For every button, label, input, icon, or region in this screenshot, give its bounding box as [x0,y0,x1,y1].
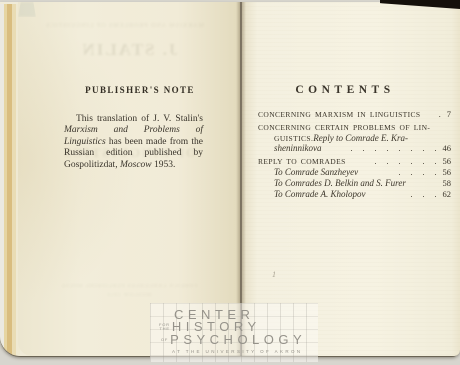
watermark-for-the: FORTHE [159,323,170,331]
toc-leader-dots: . . . . . . [372,157,441,167]
signature-mark: 1 [272,270,276,279]
toc-leader-dots: . [436,110,445,120]
toc-line: sheninnikova . . . . . . . . 46 [258,143,451,153]
book-photo: MARXISM AND PROBLEMS OF LINGUISTICS J. S… [0,0,460,365]
toc-line: To Comrade Sanzheyev . . . . 56 [258,167,451,177]
toc-page-number: 56 [441,167,452,177]
toc-list: CONCERNING MARXISM IN LINGUISTICS . 7CON… [258,109,451,199]
toc-line: GUISTICS. Reply to Comrade E. Kra- [258,133,451,143]
show-through-year-line: MOSCOW 1954 [74,293,184,298]
toc-page-number: 62 [441,189,452,199]
publishers-note-heading: PUBLISHER'S NOTE [64,85,216,95]
toc-leader-dots: . . . [408,190,441,200]
archive-watermark: CENTER FORTHE HISTORY OF PSYCHOLOGY AT T… [150,303,318,362]
show-through-series-line: MARXISM AND PROBLEMS OF LINGUISTICS [54,23,204,29]
watermark-of: OF [161,338,168,342]
toc-leader-dots: . . . . [396,168,441,178]
contents-heading: CONTENTS [250,84,440,96]
show-through-publisher-line: FOREIGN LANGUAGES PUBLISHING HOUSE [44,284,214,289]
publishers-note-text: This translation of J. V. Stalin's Marxi… [64,114,203,172]
toc-page-number: 7 [445,109,451,119]
toc-leader-dots: . . . . . . . . [348,144,441,154]
toc-page-number: 56 [441,156,452,166]
toc-line: CONCERNING MARXISM IN LINGUISTICS . 7 [258,109,451,119]
watermark-tagline: AT THE UNIVERSITY OF AKRON [172,349,303,354]
show-through-author: J. STALIN [54,40,204,60]
toc-page-number: 58 [441,178,452,188]
toc-page-number: 46 [441,143,452,153]
toc-line: CONCERNING CERTAIN PROBLEMS OF LIN- [258,123,451,133]
watermark-word-psychology: PSYCHOLOGY [170,332,306,347]
toc-line: To Comrades D. Belkin and S. Furer58 [258,178,451,188]
page-edges [0,4,20,356]
show-through-publisher-logo [18,2,36,17]
toc-line: To Comrade A. Kholopov . . . 62 [258,189,451,199]
toc-line: REPLY TO COMRADES . . . . . . 56 [258,156,451,166]
